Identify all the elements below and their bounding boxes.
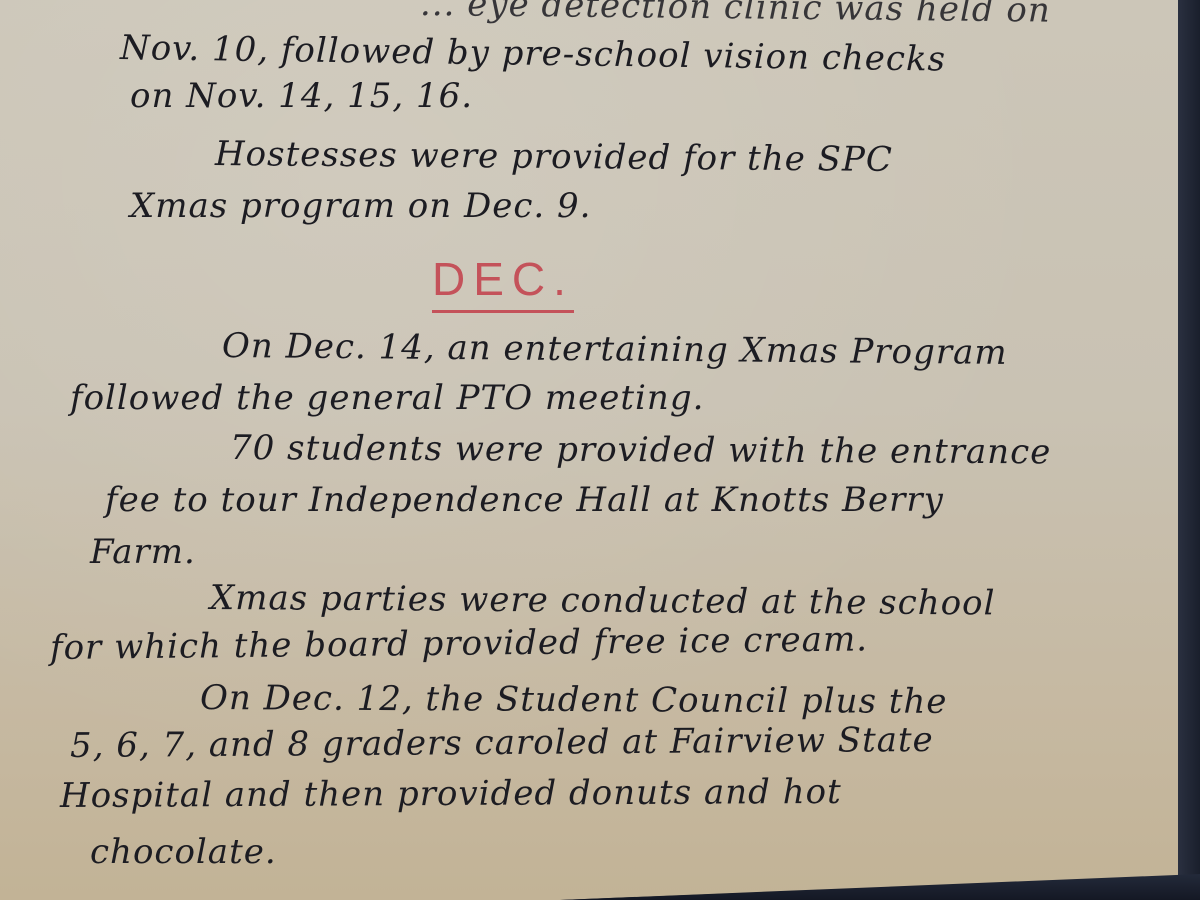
handwritten-line: Hospital and then provided donuts and ho… bbox=[60, 772, 842, 816]
handwritten-line: on Nov. 14, 15, 16. bbox=[130, 76, 473, 116]
handwritten-line: chocolate. bbox=[90, 832, 277, 872]
handwritten-line: fee to tour Independence Hall at Knotts … bbox=[105, 480, 944, 520]
handwritten-line: ... eye detection clinic was held on bbox=[420, 0, 1051, 31]
notebook-page: ... eye detection clinic was held on Nov… bbox=[0, 0, 1200, 900]
book-binding-edge bbox=[1178, 0, 1200, 900]
handwritten-line: 70 students were provided with the entra… bbox=[230, 428, 1052, 472]
handwritten-line: Farm. bbox=[90, 532, 196, 572]
handwritten-line: On Dec. 12, the Student Council plus the bbox=[200, 678, 948, 722]
handwritten-line: Nov. 10, followed by pre-school vision c… bbox=[120, 28, 947, 80]
section-heading-dec: DEC. bbox=[432, 252, 574, 313]
handwritten-line: Hostesses were provided for the SPC bbox=[215, 134, 893, 180]
handwritten-line: On Dec. 14, an entertaining Xmas Program bbox=[222, 326, 1008, 373]
handwritten-line: followed the general PTO meeting. bbox=[70, 378, 704, 418]
handwritten-line: Xmas program on Dec. 9. bbox=[130, 186, 591, 226]
handwritten-line: Xmas parties were conducted at the schoo… bbox=[210, 578, 996, 623]
handwritten-line: for which the board provided free ice cr… bbox=[50, 619, 868, 668]
handwritten-line: 5, 6, 7, and 8 graders caroled at Fairvi… bbox=[70, 720, 934, 766]
